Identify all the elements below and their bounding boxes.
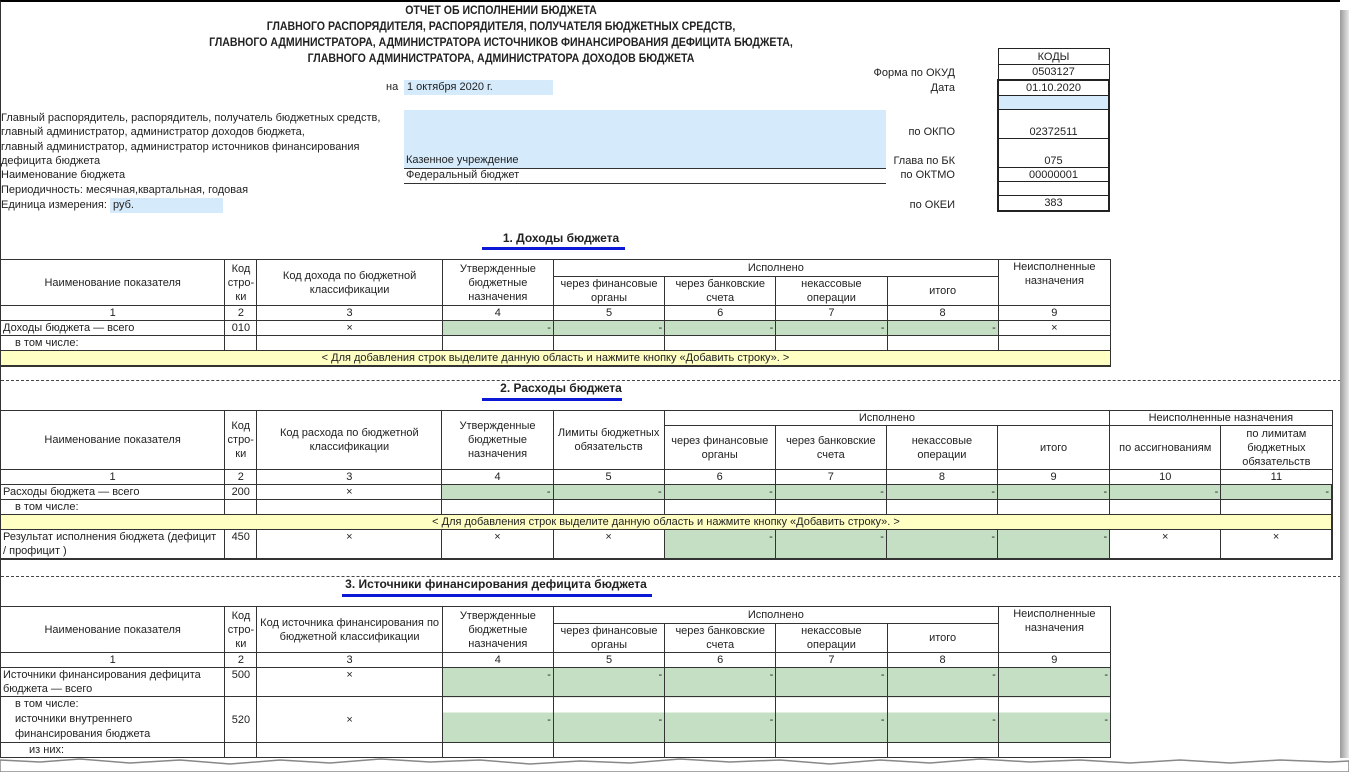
- oktmo-value[interactable]: 00000001: [998, 168, 1109, 182]
- value-cell[interactable]: -: [775, 485, 886, 500]
- unit-field[interactable]: руб.: [110, 198, 223, 213]
- column-number: 10: [1110, 470, 1221, 485]
- row-name: из них:: [1, 743, 225, 758]
- value-cell[interactable]: -: [442, 485, 553, 500]
- col-total-header: итого: [887, 624, 998, 653]
- value-cell[interactable]: -: [776, 697, 887, 743]
- column-number: 7: [775, 470, 886, 485]
- column-number: 3: [257, 306, 442, 321]
- col-approved-header: Утвержденные бюджетные назначения: [442, 411, 553, 470]
- section-divider: [1, 576, 1341, 577]
- row-name: Расходы бюджета — всего: [1, 485, 225, 500]
- row-code: 450: [225, 530, 257, 560]
- glava-label: Глава по БК: [893, 154, 955, 169]
- value-cell[interactable]: -: [553, 485, 664, 500]
- row-class[interactable]: [257, 743, 442, 758]
- col-code-header: Код стро- ки: [225, 411, 257, 470]
- column-number: 1: [1, 306, 225, 321]
- col-by-limits-header: по лимитам бюджетных обязательств: [1221, 426, 1332, 470]
- okei-label: по ОКЕИ: [910, 198, 955, 213]
- value-cell[interactable]: -: [1110, 485, 1221, 500]
- value-cell[interactable]: [998, 336, 1110, 351]
- column-number: 4: [442, 306, 553, 321]
- row-name: в том числе:: [1, 500, 225, 515]
- section-2-underline: [482, 398, 622, 401]
- section-3-underline: [342, 594, 652, 597]
- row-class: ×: [257, 668, 442, 697]
- table-row[interactable]: в том числе:: [1, 336, 1111, 351]
- column-number: 8: [886, 470, 997, 485]
- table-row[interactable]: Источники финансирования дефицита бюджет…: [1, 668, 1111, 697]
- value-cell[interactable]: [776, 336, 887, 351]
- row-code: 520: [225, 697, 257, 743]
- value-cell[interactable]: -: [442, 668, 553, 697]
- value-cell: ×: [1110, 530, 1221, 560]
- col-unexecuted-header: Неисполненные назначения: [998, 260, 1110, 306]
- col-executed-header: Исполнено: [664, 411, 1109, 426]
- col-name-header: Наименование показателя: [1, 411, 225, 470]
- column-number: 5: [553, 653, 664, 668]
- col-executed-header: Исполнено: [553, 607, 998, 624]
- column-number: 6: [665, 306, 776, 321]
- column-number: 9: [998, 306, 1110, 321]
- org-value: Казенное учреждение: [406, 153, 518, 168]
- column-number: 3: [257, 653, 442, 668]
- value-cell[interactable]: -: [887, 321, 998, 336]
- column-number: 1: [1, 653, 225, 668]
- page-shadow: [1340, 10, 1349, 762]
- okud-value: 0503127: [998, 65, 1109, 81]
- glava-value[interactable]: 075: [998, 139, 1109, 168]
- value-cell[interactable]: [665, 743, 776, 758]
- value-cell[interactable]: -: [553, 321, 664, 336]
- value-cell[interactable]: [1221, 500, 1332, 515]
- row-code[interactable]: [225, 743, 257, 758]
- col-bank-header: через банковские счета: [665, 277, 776, 306]
- report-title-line-3: ГЛАВНОГО АДМИНИСТРАТОРА, АДМИНИСТРАТОРА …: [61, 34, 941, 50]
- column-number: 5: [553, 470, 664, 485]
- expense-table: Наименование показателя Код стро- ки Код…: [0, 410, 1333, 560]
- column-number: 8: [887, 306, 998, 321]
- col-executed-header: Исполнено: [553, 260, 998, 277]
- value-cell[interactable]: [553, 500, 664, 515]
- value-cell: ×: [1221, 530, 1332, 560]
- col-bank-header: через банковские счета: [775, 426, 886, 470]
- col-total-header: итого: [887, 277, 998, 306]
- column-number: 7: [776, 306, 887, 321]
- date-prefix: на: [386, 80, 398, 95]
- value-cell[interactable]: [665, 336, 776, 351]
- value-cell[interactable]: -: [887, 697, 998, 743]
- value-cell[interactable]: -: [665, 321, 776, 336]
- col-noncash-header: некассовые операции: [776, 277, 887, 306]
- row-code: 010: [225, 321, 257, 336]
- row-class: ×: [257, 697, 442, 743]
- column-number: 6: [664, 470, 775, 485]
- row-code[interactable]: [225, 500, 257, 515]
- col-bank-header: через банковские счета: [665, 624, 776, 653]
- org-label-line-3: главный администратор, администратор ист…: [1, 140, 359, 155]
- column-number: 6: [665, 653, 776, 668]
- periodicity-label: Периодичность: месячная,квартальная, год…: [1, 183, 248, 198]
- row-code: 200: [225, 485, 257, 500]
- income-table: Наименование показателя Код стро- ки Код…: [0, 259, 1111, 367]
- result-row[interactable]: Результат исполнения бюджета (дефицит / …: [1, 530, 1333, 560]
- value-cell[interactable]: [442, 336, 553, 351]
- value-cell[interactable]: -: [776, 321, 887, 336]
- value-cell[interactable]: -: [665, 697, 776, 743]
- value-cell[interactable]: [442, 743, 553, 758]
- value-cell[interactable]: -: [553, 697, 664, 743]
- col-class-header: Код расхода по бюджетной классификации: [257, 411, 442, 470]
- value-cell[interactable]: [664, 500, 775, 515]
- value-cell[interactable]: -: [887, 668, 998, 697]
- value-cell[interactable]: [553, 336, 664, 351]
- column-number: 2: [225, 653, 257, 668]
- org-field[interactable]: Казенное учреждение: [404, 110, 886, 169]
- table-row[interactable]: в том числе:: [1, 500, 1333, 515]
- section-1-title: 1. Доходы бюджета: [441, 231, 681, 245]
- value-cell[interactable]: -: [664, 485, 775, 500]
- col-approved-header: Утвержденные бюджетные назначения: [442, 260, 553, 306]
- value-cell[interactable]: [775, 500, 886, 515]
- row-name-text: источники внутреннего финансирования бюд…: [15, 712, 222, 742]
- value-cell[interactable]: -: [998, 530, 1110, 560]
- column-number: 7: [776, 653, 887, 668]
- add-row-area[interactable]: < Для добавления строк выделите данную о…: [1, 351, 1111, 367]
- codes-header: КОДЫ: [998, 49, 1109, 65]
- value-cell: ×: [998, 321, 1110, 336]
- table-row[interactable]: из них:: [1, 743, 1111, 758]
- column-number: 4: [442, 653, 553, 668]
- oktmo-label: по ОКТМО: [900, 168, 955, 183]
- value-cell[interactable]: -: [442, 697, 553, 743]
- unit-label: Единица измерения:: [1, 198, 107, 213]
- row-class: ×: [257, 485, 442, 500]
- org-label-line-4: дефицита бюджета: [1, 154, 100, 169]
- okei-value[interactable]: 383: [998, 196, 1109, 212]
- subheading: в том числе:: [15, 697, 222, 712]
- section-1-underline: [482, 247, 625, 250]
- col-total-header: итого: [998, 426, 1110, 470]
- value-cell: ×: [553, 530, 664, 560]
- col-unexecuted-header: Неисполненные назначения: [1110, 411, 1332, 426]
- value-cell[interactable]: [553, 743, 664, 758]
- budget-field[interactable]: Федеральный бюджет: [404, 169, 886, 184]
- value-cell[interactable]: -: [442, 321, 553, 336]
- report-title-line-1: ОТЧЕТ ОБ ИСПОЛНЕНИИ БЮДЖЕТА: [61, 2, 941, 18]
- report-title-line-2: ГЛАВНОГО РАСПОРЯДИТЕЛЯ, РАСПОРЯДИТЕЛЯ, П…: [61, 18, 941, 34]
- value-cell[interactable]: -: [775, 530, 886, 560]
- column-number: 9: [998, 470, 1110, 485]
- value-cell[interactable]: -: [886, 485, 997, 500]
- row-name: Результат исполнения бюджета (дефицит / …: [1, 530, 225, 560]
- value-cell[interactable]: -: [1221, 485, 1332, 500]
- table-row[interactable]: Доходы бюджета — всего 010 × - - - - - ×: [1, 321, 1111, 336]
- col-unexecuted-header: Неисполненные назначения: [998, 607, 1110, 653]
- row-class[interactable]: [257, 500, 442, 515]
- col-by-assign-header: по ассигнованиям: [1110, 426, 1221, 470]
- column-number: 2: [225, 470, 257, 485]
- torn-edge: [0, 758, 1349, 772]
- row-name: Доходы бюджета — всего: [1, 321, 225, 336]
- value-cell[interactable]: [776, 743, 887, 758]
- value-cell[interactable]: -: [998, 697, 1110, 743]
- col-class-header: Код источника финансирования по бюджетно…: [257, 607, 442, 653]
- okpo-value[interactable]: 02372511: [998, 110, 1109, 139]
- col-name-header: Наименование показателя: [1, 607, 225, 653]
- blank-code-row: [998, 182, 1109, 196]
- col-code-header: Код стро- ки: [225, 260, 257, 306]
- row-name: Источники финансирования дефицита бюджет…: [1, 668, 225, 697]
- column-number: 1: [1, 470, 225, 485]
- value-cell[interactable]: -: [665, 668, 776, 697]
- value-cell[interactable]: [1110, 500, 1221, 515]
- value-cell[interactable]: -: [998, 485, 1110, 500]
- col-noncash-header: некассовые операции: [776, 624, 887, 653]
- budget-value: Федеральный бюджет: [406, 168, 519, 183]
- section-3-title: 3. Источники финансирования дефицита бюд…: [331, 577, 661, 591]
- codes-table: КОДЫ 0503127 01.10.2020 02372511 075 000…: [997, 48, 1110, 212]
- col-approved-header: Утвержденные бюджетные назначения: [442, 607, 553, 653]
- org-label-line-2: главный администратор, администратор дох…: [1, 125, 305, 140]
- table-row[interactable]: в том числе:источники внутреннего финанс…: [1, 697, 1111, 743]
- org-label-line-1: Главный распорядитель, распорядитель, по…: [1, 111, 380, 126]
- value-cell[interactable]: [887, 743, 998, 758]
- row-class[interactable]: [257, 336, 442, 351]
- column-number: 2: [225, 306, 257, 321]
- okud-label: Форма по ОКУД: [874, 66, 956, 81]
- value-cell[interactable]: -: [998, 668, 1110, 697]
- col-noncash-header: некассовые операции: [886, 426, 997, 470]
- value-cell[interactable]: -: [776, 668, 887, 697]
- column-number: 11: [1221, 470, 1332, 485]
- column-number: 4: [442, 470, 553, 485]
- report-title-line-4: ГЛАВНОГО АДМИНИСТРАТОРА, АДМИНИСТРАТОРА …: [61, 50, 941, 66]
- budget-label: Наименование бюджета: [1, 168, 125, 183]
- value-cell[interactable]: [886, 500, 997, 515]
- row-name: в том числе:: [1, 336, 225, 351]
- sources-table: Наименование показателя Код стро- ки Код…: [0, 606, 1111, 758]
- col-fin-header: через финансовые органы: [664, 426, 775, 470]
- okpo-label: по ОКПО: [908, 125, 955, 140]
- column-number: 8: [887, 653, 998, 668]
- col-code-header: Код стро- ки: [225, 607, 257, 653]
- row-class: ×: [257, 530, 442, 560]
- value-cell[interactable]: [998, 500, 1110, 515]
- column-number: 3: [257, 470, 442, 485]
- value-cell[interactable]: -: [664, 530, 775, 560]
- col-class-header: Код дохода по бюджетной классификации: [257, 260, 442, 306]
- table-row[interactable]: Расходы бюджета — всего 200 × - - - - - …: [1, 485, 1333, 500]
- value-cell: ×: [442, 530, 553, 560]
- row-code: 500: [225, 668, 257, 697]
- value-cell[interactable]: -: [886, 530, 997, 560]
- col-fin-header: через финансовые органы: [553, 624, 664, 653]
- date-code-value[interactable]: 01.10.2020: [998, 80, 1109, 96]
- value-cell[interactable]: [998, 743, 1110, 758]
- value-cell[interactable]: -: [553, 668, 664, 697]
- row-name: в том числе:источники внутреннего финанс…: [1, 697, 225, 743]
- col-limits-header: Лимиты бюджетных обязательств: [553, 411, 664, 470]
- add-row-area[interactable]: < Для добавления строк выделите данную о…: [1, 515, 1333, 530]
- row-class: ×: [257, 321, 442, 336]
- value-cell[interactable]: [442, 500, 553, 515]
- value-cell[interactable]: [887, 336, 998, 351]
- report-page: ОТЧЕТ ОБ ИСПОЛНЕНИИ БЮДЖЕТА ГЛАВНОГО РАС…: [0, 0, 1340, 760]
- blank-code-field[interactable]: [998, 96, 1109, 110]
- col-fin-header: через финансовые органы: [553, 277, 664, 306]
- column-number: 5: [553, 306, 664, 321]
- section-2-title: 2. Расходы бюджета: [441, 381, 681, 395]
- date-code-label: Дата: [931, 81, 955, 96]
- col-name-header: Наименование показателя: [1, 260, 225, 306]
- column-number: 9: [998, 653, 1110, 668]
- report-date-field[interactable]: 1 октября 2020 г.: [404, 80, 553, 95]
- row-code[interactable]: [225, 336, 257, 351]
